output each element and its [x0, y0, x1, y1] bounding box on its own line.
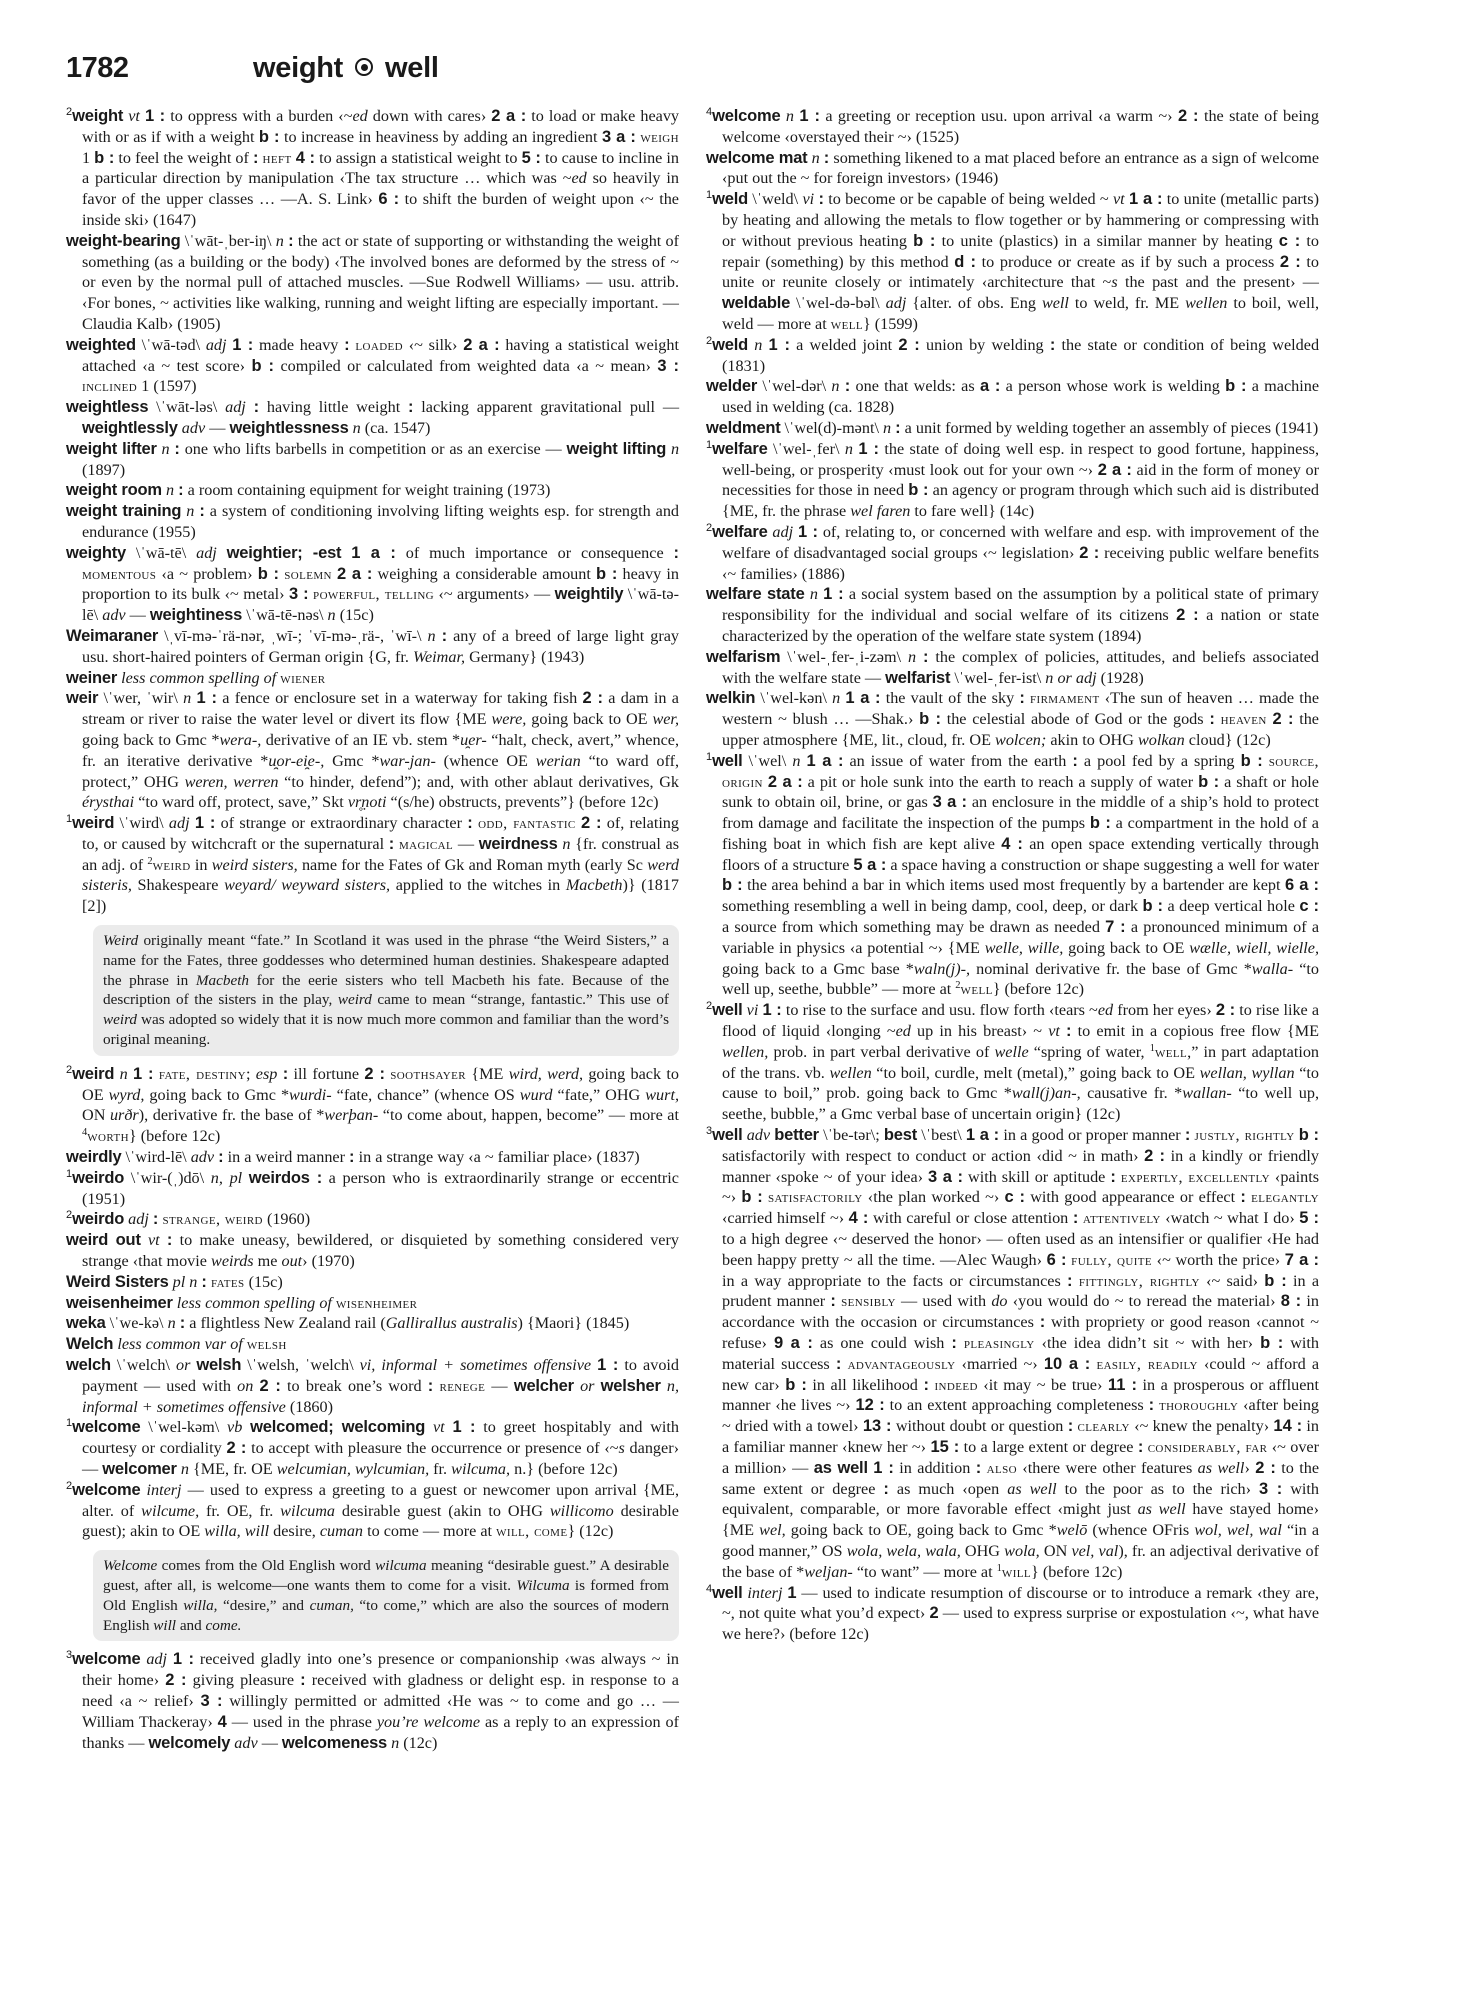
italic-text: n [671, 440, 679, 458]
cross-reference: clearly [1077, 1417, 1129, 1435]
text: a space having a construction or shape s… [886, 856, 1319, 874]
sense-number: 1 a : [845, 689, 880, 707]
text: desirable guest (akin to OHG [335, 1502, 550, 1520]
text: to feel the weight of [114, 149, 253, 167]
italic-text: interj [146, 1481, 181, 1499]
text: fr. OE, fr. [199, 1502, 280, 1520]
headword: weightier; -est [227, 544, 342, 562]
text: “(s/he) obstructs, prevents”} (before 12… [387, 793, 659, 811]
italic-text: vb [227, 1418, 242, 1436]
cross-reference: heft [263, 149, 292, 167]
headword: Welch [66, 1335, 113, 1353]
italic-text: urðr [110, 1106, 139, 1124]
headword: welch [66, 1356, 111, 1374]
sense-number: : [467, 814, 473, 832]
text: to emit in a copious free flow {ME [1072, 1022, 1319, 1040]
text: ill fortune [288, 1065, 364, 1083]
text: \ˈwāt-ləs\ [148, 398, 225, 416]
sense-number: 1 a : [806, 752, 843, 770]
entry-well-4: 4well interj 1 — used to indicate resump… [706, 1583, 1319, 1645]
italic-text: wola, wela, wala, [847, 1542, 961, 1560]
text: — used with [896, 1292, 992, 1310]
text: ‹it may ~ be true› [978, 1376, 1108, 1394]
entry-weight-2: 2weight vt 1 : to oppress with a burden … [66, 106, 679, 231]
sense-number: a : [980, 377, 1000, 395]
text: {ME, fr. OE [189, 1460, 277, 1478]
headword: weight training [66, 502, 181, 520]
text: \ˈbest\ [917, 1126, 966, 1144]
italic-text: will [153, 1617, 176, 1634]
text: prob. in part verbal derivative of [768, 1043, 994, 1061]
text: } (12c) [567, 1522, 613, 1540]
cross-reference: fates [211, 1273, 245, 1291]
text: (ca. 1547) [361, 419, 431, 437]
sense-number: 2 : [1216, 1001, 1235, 1019]
italic-text: weljan- [804, 1563, 853, 1581]
headword: weld [712, 190, 748, 208]
sense-number: b : [596, 565, 617, 583]
italic-text: n [391, 1734, 399, 1752]
text: to accept with pleasure the occurrence o… [246, 1439, 618, 1457]
sense-number: 1 : [145, 107, 165, 125]
entry-welcome-mat: welcome mat n : something likened to a m… [706, 148, 1319, 190]
text: (15c) [336, 606, 374, 624]
text: the vault of the sky [881, 689, 1020, 707]
sense-number: 2 : [1280, 253, 1301, 271]
headword: as well [814, 1459, 868, 1477]
text: “fate,” OHG [552, 1086, 645, 1104]
text: } (before 12c) [129, 1127, 220, 1145]
sense-number: 2 : [259, 1377, 280, 1395]
italic-text: wilcuma [375, 1557, 426, 1574]
entry-weirdly: weirdly \ˈwird-lē\ adv : in a weird mann… [66, 1147, 679, 1168]
sense-number: 7 : [1105, 918, 1125, 936]
headword: weisenheimer [66, 1294, 173, 1312]
sense-number: 2 a : [491, 107, 526, 125]
text: comes from the Old English word [157, 1557, 375, 1574]
italic-text: or [580, 1377, 594, 1395]
sense-number: b : [722, 876, 743, 894]
sense-number: 5 : [522, 149, 541, 167]
text: ), derivative fr. the base of * [139, 1106, 325, 1124]
entry-weirdo-2: 2weirdo adj : strange, weird (1960) [66, 1209, 679, 1230]
headword: well [712, 1126, 742, 1144]
italic-text: wol, wel, wal [1194, 1521, 1282, 1539]
sense-number: 13 : [863, 1417, 892, 1435]
italic-text: Gallirallus australis [386, 1314, 518, 1332]
entry-welcome-3: 3welcome adj 1 : received gladly into on… [66, 1649, 679, 1753]
guide-words: weightwell [253, 52, 439, 85]
headword: weird out [66, 1231, 141, 1249]
italic-text: you’re welcome [377, 1713, 480, 1731]
text: to fare well} (14c) [910, 502, 1034, 520]
headword: welcher [514, 1377, 574, 1395]
text: ‹the plan worked ~› [863, 1188, 1005, 1206]
italic-text: adj [196, 544, 217, 562]
italic-text: weird [103, 1011, 137, 1028]
italic-text: well [1042, 294, 1069, 312]
italic-text: Macbeth [566, 876, 623, 894]
sense-number: 1 : [762, 1001, 781, 1019]
text: desire, [269, 1522, 320, 1540]
sense-number: d : [954, 253, 976, 271]
guide-word-last: well [385, 52, 439, 84]
headword: weight lifting [566, 440, 666, 458]
text: \ˈwel\ [743, 752, 793, 770]
italic-text: ed [896, 1022, 911, 1040]
italic-text: Wilcu­ma [516, 1577, 569, 1594]
text: to the poor as to the rich› [1057, 1480, 1259, 1498]
text: ON [1040, 1542, 1072, 1560]
italic-text: n [276, 232, 284, 250]
text: “desire,” and [217, 1597, 309, 1614]
text: to break one’s word [281, 1377, 428, 1395]
cross-reference: weigh [640, 128, 679, 146]
sense-number: 2 : [581, 814, 602, 832]
italic-text: n [328, 606, 336, 624]
sense-number: 1 a : [351, 544, 396, 562]
text: ‹married ~› [956, 1355, 1044, 1373]
entry-weka: weka \ˈwe-kə\ n : a flightless New Zeala… [66, 1313, 679, 1334]
sense-number: : [1019, 689, 1025, 707]
sense-number: 3 : [1259, 1480, 1282, 1498]
sense-number: b : [1299, 1126, 1319, 1144]
text: “spring of water, [1029, 1043, 1150, 1061]
sense-number: b : [1241, 752, 1263, 770]
cross-reference: magical [399, 835, 453, 853]
sense-number: 14 : [1273, 1417, 1302, 1435]
sense-number: 1 a : [1129, 190, 1163, 208]
sense-number: 1 : [769, 336, 790, 354]
text: giving pleasure [187, 1671, 301, 1689]
text: with careful or close attention [868, 1209, 1072, 1227]
cross-reference: wisenheimer [336, 1294, 417, 1312]
headword: welcome [72, 1650, 140, 1668]
sense-number: 2 a : [1098, 461, 1132, 479]
sense-number: 4 : [1001, 835, 1023, 853]
text [246, 398, 254, 416]
sense-number: b : [1143, 897, 1164, 915]
text: a greeting or reception usu. upon arriva… [820, 107, 1178, 125]
sense-number: 2 : [1176, 606, 1199, 624]
sense-number: 2 : [226, 1439, 246, 1457]
sense-number: 2 : [1178, 107, 1199, 125]
headword: welsh [196, 1356, 241, 1374]
headword: weird [72, 1065, 114, 1083]
entry-welcome-1: 1welcome \ˈwel-kəm\ vb welcomed; welcomi… [66, 1417, 679, 1479]
headword: welcome [712, 107, 780, 125]
text: in [191, 856, 212, 874]
headword: welcome [72, 1418, 140, 1436]
headword: welcomely [149, 1734, 231, 1752]
italic-text: or [176, 1356, 190, 1374]
italic-text: as well [1138, 1500, 1186, 1518]
text: the celestial abode of God or the gods [941, 710, 1209, 728]
text: going back to Gmc * [82, 731, 219, 749]
cross-reference: sensibly [841, 1292, 896, 1310]
text [160, 1231, 167, 1249]
sense-number: b : [908, 481, 928, 499]
entry-well-1: 1well \ˈwel\ n 1 a : an issue of water f… [706, 751, 1319, 1001]
text [341, 544, 351, 562]
italic-text: as well [1007, 1480, 1056, 1498]
headword: welcomed; welcoming [250, 1418, 425, 1436]
sense-number: 1 a : [966, 1126, 999, 1144]
italic-text: willa, [183, 1597, 217, 1614]
entry-well-3: 3well adv better \ˈbe-tər\; best \ˈbest\… [706, 1125, 1319, 1583]
italic-text: adj [146, 1650, 167, 1668]
text: in a weird manner [224, 1148, 349, 1166]
cross-reference: inclined [82, 377, 137, 395]
entry-weird-out: weird out vt : to make uneasy, bewildere… [66, 1230, 679, 1272]
text: to become or be capable of being welded … [824, 190, 1113, 208]
sense-number: 9 a : [774, 1334, 813, 1352]
text: \ˈwel-də-bəl\ [790, 294, 886, 312]
text: of much importance or conse­quence [396, 544, 674, 562]
text: going back to OE [526, 710, 652, 728]
italic-text: n [168, 1314, 176, 1332]
italic-text: on [237, 1377, 253, 1395]
sense-number: c : [1279, 232, 1300, 250]
italic-text: cuman, [310, 1597, 354, 1614]
cross-reference: heaven [1221, 710, 1267, 728]
text: \ˈwel-kən\ [755, 689, 832, 707]
italic-text: n [883, 419, 891, 437]
headword: better [774, 1126, 819, 1144]
entry-welcome-2: 2welcome interj — used to express a gree… [66, 1480, 679, 1542]
text: Shakespeare [132, 876, 224, 894]
italic-text: Weird [103, 932, 138, 949]
text: to oppress with a burden ‹~ [165, 107, 352, 125]
entry-weld-2: 2weld n 1 : a welded joint 2 : union by … [706, 335, 1319, 377]
sense-number: b : [251, 357, 274, 375]
text: {ME [466, 1065, 509, 1083]
text: \ˈwel-ˌfer\ [768, 440, 845, 458]
text: a pool fed by a spring [1078, 752, 1241, 770]
sense-number: b : [919, 710, 941, 728]
entry-weird-sisters: Weird Sisters pl n : fates (15c) [66, 1272, 679, 1293]
italic-text: vi, informal + sometimes offensive [360, 1356, 592, 1374]
entry-welfarism: welfarism \ˈwel-ˌfer-ˌi-zəm\ n : the com… [706, 647, 1319, 689]
text: ‹~ silk› [403, 336, 463, 354]
headword: welfare [712, 440, 767, 458]
italic-text: interj [747, 1584, 782, 1602]
cross-reference: well [831, 315, 863, 333]
cross-reference: worth [87, 1127, 129, 1145]
sense-number: 2 : [898, 336, 919, 354]
italic-text: ed [1098, 1001, 1113, 1019]
headword: weirdly [66, 1148, 121, 1166]
italic-text: wilcuma, [451, 1460, 510, 1478]
text: in addition [894, 1459, 976, 1477]
sense-number: 2 : [364, 1065, 385, 1083]
cross-reference: firmament [1030, 689, 1100, 707]
sense-number: 2 : [582, 689, 603, 707]
headword: welcome [72, 1481, 140, 1499]
text: OHG [961, 1542, 1004, 1560]
entry-weight-lifter: weight lifter n : one who lifts barbells… [66, 439, 679, 481]
italic-text: weird [338, 991, 372, 1008]
text: \ˈwe-kə\ [106, 1314, 168, 1332]
text: ‹watch ~ what I do› [1161, 1209, 1300, 1227]
italic-text: ed [571, 169, 586, 187]
text: Gmc * [324, 752, 379, 770]
cross-reference: strange, weird [162, 1210, 262, 1228]
sense-number: 5 a : [853, 856, 886, 874]
sense-number: : [344, 336, 350, 354]
right-column: 4welcome n 1 : a greeting or reception u… [706, 106, 1319, 1645]
italic-text: wer, [652, 710, 679, 728]
text: to a large extent or degree [959, 1438, 1138, 1456]
italic-text: welle [994, 1043, 1028, 1061]
text: (1860) [286, 1398, 333, 1416]
sense-number: c : [1299, 897, 1319, 915]
text [141, 1231, 148, 1249]
italic-text: n [908, 648, 916, 666]
text: as much ‹open [889, 1480, 1007, 1498]
headword: weight [72, 107, 123, 125]
sense-number: 1 : [873, 1459, 894, 1477]
text: union by welding [920, 336, 1050, 354]
italic-text: vi [802, 190, 814, 208]
sense-number: 3 : [289, 585, 309, 603]
italic-text: wall(j)an-, [1012, 1084, 1081, 1102]
sense-number: b : [1090, 814, 1111, 832]
sense-number: 15 : [930, 1438, 959, 1456]
sense-number: 11 : [1108, 1376, 1137, 1394]
cross-reference: fittingly, rightly [1079, 1272, 1200, 1290]
text: {alter. of obs. Eng [906, 294, 1042, 312]
text: to come — more at [363, 1522, 496, 1540]
sense-number: 4 : [296, 149, 315, 167]
sense-number: 1 : [858, 440, 879, 458]
sense-number: 7 a : [1285, 1251, 1319, 1269]
text: lacking apparent gravitational pull — [414, 398, 680, 416]
cross-reference: considerably, far [1148, 1438, 1268, 1456]
italic-text: n [183, 689, 191, 707]
text: \ˈwird-lē\ [121, 1148, 190, 1166]
text [242, 1418, 250, 1436]
text: to assign a statisti­cal weight to [315, 149, 522, 167]
italic-text: wallan- [1182, 1084, 1231, 1102]
italic-text: weyard/ weyward sisters, [224, 876, 390, 894]
sense-number: 3 a : [933, 793, 967, 811]
italic-text: ed [352, 107, 367, 125]
text: \ˈweld\ [748, 190, 802, 208]
entry-welch: welch \ˈwelch\ or welsh \ˈwelsh, ˈwelch\… [66, 1355, 679, 1417]
italic-text: adj [772, 523, 793, 541]
italic-text: n [166, 481, 174, 499]
cross-reference: wiener [280, 669, 325, 687]
text: something resembling a well in being dam… [722, 897, 1143, 915]
text: (1960) [263, 1210, 310, 1228]
text: derivative of an IE vb. stem * [261, 731, 460, 749]
text: n.} (before 12c) [510, 1460, 618, 1478]
usage-note-welcome: Welcome comes from the Old English word … [93, 1550, 679, 1641]
text: “to boil, curdle, melt (metal),” going b… [872, 1064, 1200, 1082]
sense-number: b : [258, 565, 279, 583]
sense-number: : [1067, 1272, 1073, 1290]
italic-text: wilcume, [141, 1502, 199, 1520]
text: } (before 12c) [1031, 1563, 1122, 1581]
cross-reference: also [987, 1459, 1017, 1477]
text: ‹~ knew the penalty› [1130, 1417, 1274, 1435]
text: was adopted so widely that it is now muc… [103, 1011, 669, 1048]
headword: well [712, 752, 742, 770]
text: one that welds: as [850, 377, 980, 395]
cross-reference: fully, quite [1071, 1251, 1152, 1269]
text: 1 [82, 149, 94, 167]
sense-number: 2 a : [768, 773, 803, 791]
text: \ˈwā-tē\ [126, 544, 196, 562]
sense-number: b : [1225, 377, 1246, 395]
text: cloud} (12c) [1185, 731, 1271, 749]
italic-text: come. [206, 1617, 242, 1634]
entry-weirdo-1: 1weirdo \ˈwir-(ˌ)dō\ n, pl weirdos : a p… [66, 1168, 679, 1210]
headword: weirdos : [249, 1169, 322, 1187]
text: (whence OFris [1087, 1521, 1194, 1539]
italic-text: u̯or-ei̯e-, [268, 752, 324, 770]
italic-text: n [812, 149, 820, 167]
sense-number: 4 : [849, 1209, 869, 1227]
bullseye-icon [355, 58, 373, 76]
italic-text: cuman [320, 1522, 363, 1540]
cross-reference: elegantly [1251, 1188, 1319, 1206]
text: a pit or hole sunk into the earth to rea… [803, 773, 1198, 791]
cross-reference: welsh [247, 1335, 287, 1353]
headword: weighty [66, 544, 126, 562]
entry-weldment: weldment \ˈwel(d)-mənt\ n : a unit forme… [706, 418, 1319, 439]
text: \ˈwelsh, ˈwelch\ [241, 1356, 359, 1374]
headword: weighted [66, 336, 136, 354]
sense-number: 2 : [1144, 1147, 1165, 1165]
italic-text: weren, werren [185, 773, 279, 791]
italic-text: vt [1048, 1022, 1060, 1040]
sense-number: 10 a : [1044, 1355, 1090, 1373]
cross-reference: fate, destiny [159, 1065, 246, 1083]
italic-text: vel, val [1071, 1542, 1118, 1560]
sense-number: : [1209, 710, 1215, 728]
text: with­out doubt or question [892, 1417, 1068, 1435]
italic-text: n or adj [1045, 669, 1096, 687]
text: \ˈwā-tē-nəs\ [242, 606, 327, 624]
headword: weldment [706, 419, 781, 437]
cross-reference: justly, rightly [1195, 1126, 1295, 1144]
italic-text: out [281, 1252, 302, 1270]
text: (1897) [82, 461, 125, 479]
cross-reference: at­tentively [1083, 1209, 1161, 1227]
italic-text: n, pl [211, 1169, 242, 1187]
headword: welfarism [706, 648, 780, 666]
entry-weight-bearing: weight-bearing \ˈwāt-ˌber-iŋ\ n : the ac… [66, 231, 679, 335]
text [425, 1418, 433, 1436]
italic-text: wurd [520, 1086, 553, 1104]
italic-text: n [162, 440, 170, 458]
italic-text: willa, will [204, 1522, 269, 1540]
text: and [176, 1617, 206, 1634]
italic-text: wel faren [850, 502, 910, 520]
text: fr. [429, 1460, 451, 1478]
italic-text: u̯er- [460, 731, 487, 749]
sense-number: 3 : [657, 357, 679, 375]
italic-text: were, [491, 710, 526, 728]
headword: weightiness [150, 606, 242, 624]
text: going back to Gmc * [144, 1086, 289, 1104]
cross-reference: solemn [284, 565, 332, 583]
italic-text: adj [128, 1210, 149, 1228]
page-number: 1782 [66, 52, 129, 85]
headword: weight room [66, 481, 162, 499]
